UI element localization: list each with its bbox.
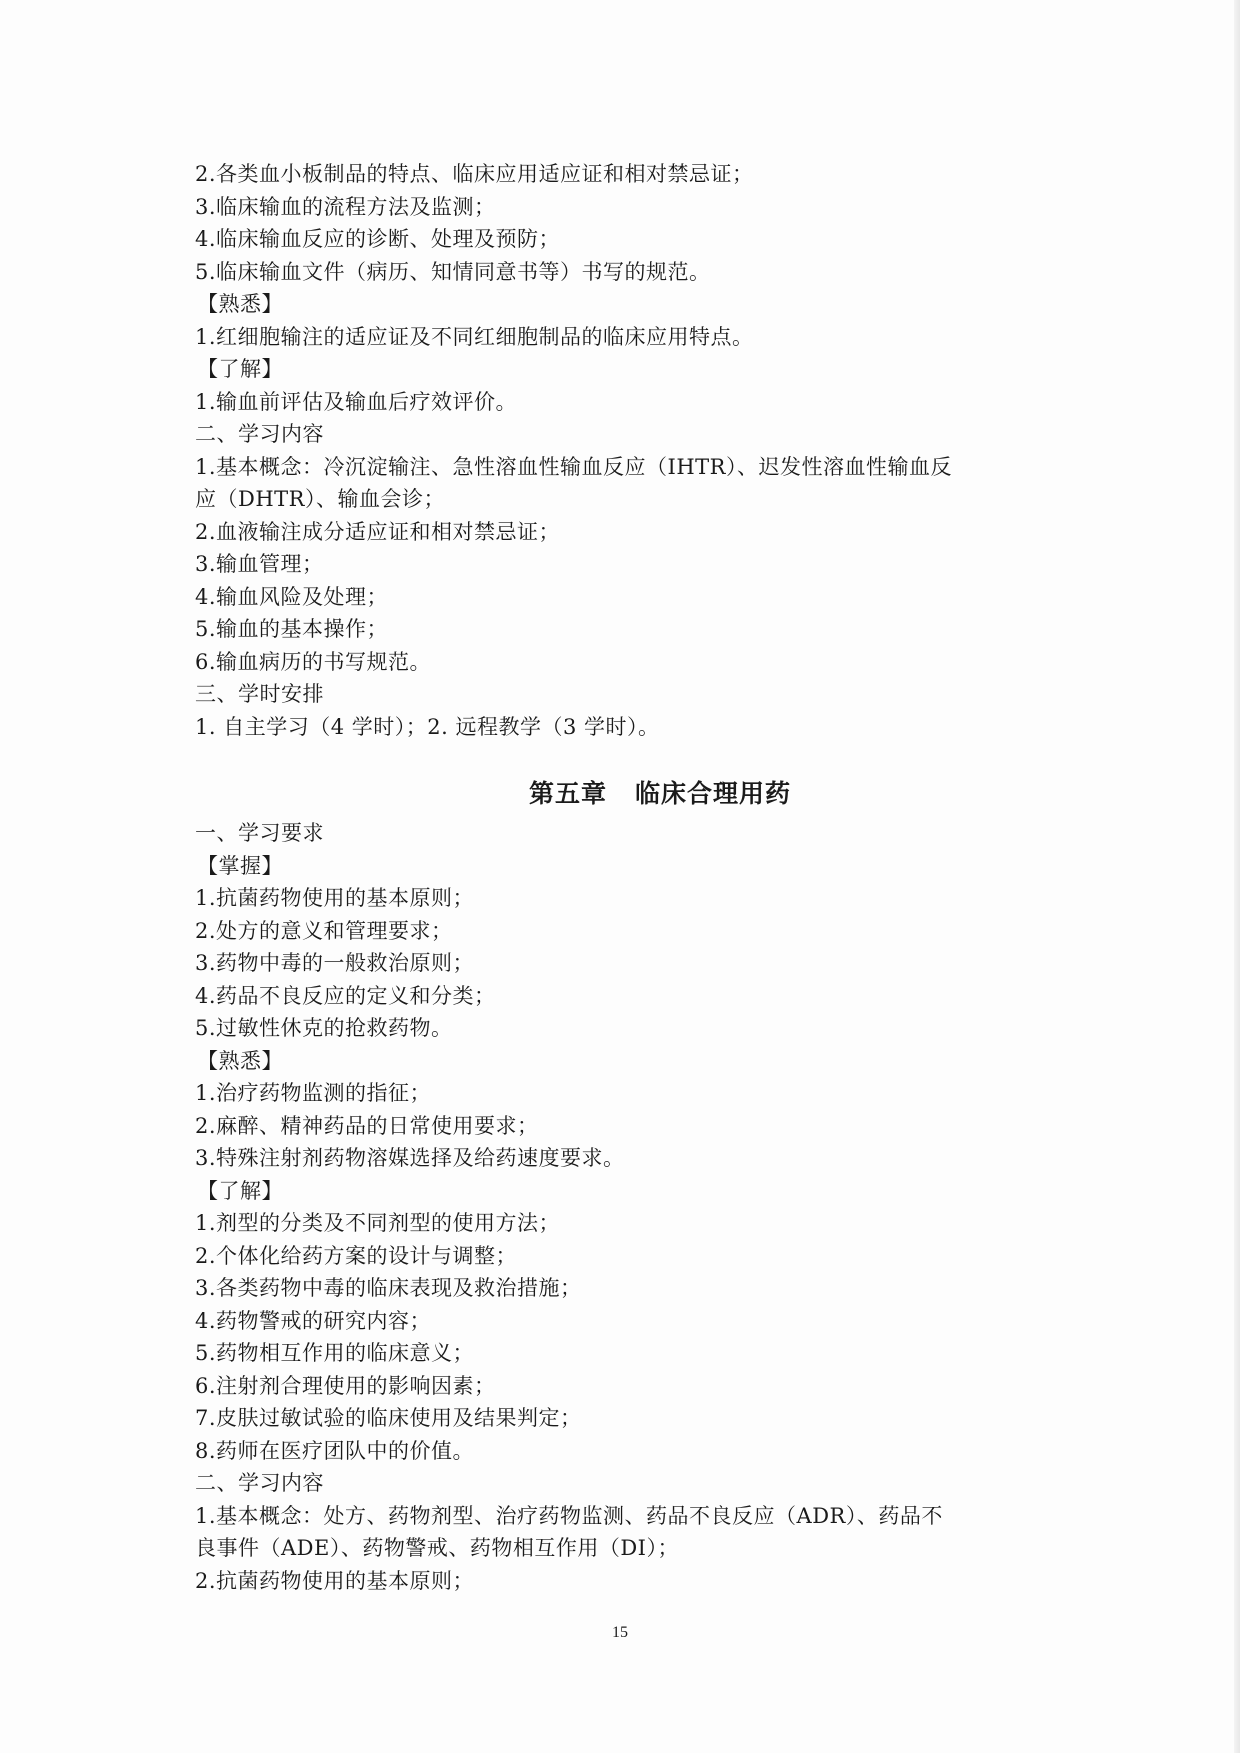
master-item: 4.药品不良反应的定义和分类； xyxy=(195,980,1055,1013)
understand-item: 6.注射剂合理使用的影响因素； xyxy=(195,1370,1055,1403)
content-item: 应（DHTR）、输血会诊； xyxy=(195,483,1055,516)
page-number: 15 xyxy=(0,1624,1240,1642)
master-item: 1.抗菌药物使用的基本原则； xyxy=(195,882,1055,915)
familiar-item: 1.治疗药物监测的指征； xyxy=(195,1077,1055,1110)
content-item: 2.血液输注成分适应证和相对禁忌证； xyxy=(195,516,1055,549)
content-item: 5.输血的基本操作； xyxy=(195,613,1055,646)
master-item: 4.临床输血反应的诊断、处理及预防； xyxy=(195,223,1055,256)
page-content: 2.各类血小板制品的特点、临床应用适应证和相对禁忌证； 3.临床输血的流程方法及… xyxy=(195,158,1055,1597)
content-item: 1.基本概念：处方、药物剂型、治疗药物监测、药品不良反应（ADR）、药品不 xyxy=(195,1500,1055,1533)
content-item: 2.抗菌药物使用的基本原则； xyxy=(195,1565,1055,1598)
understand-item: 7.皮肤过敏试验的临床使用及结果判定； xyxy=(195,1402,1055,1435)
content-item: 1.基本概念：冷沉淀输注、急性溶血性输血反应（IHTR）、迟发性溶血性输血反 xyxy=(195,451,1055,484)
content-heading: 二、学习内容 xyxy=(195,418,1055,451)
master-item: 2.处方的意义和管理要求； xyxy=(195,915,1055,948)
hours-text: 1. 自主学习（4 学时）；2. 远程教学（3 学时）。 xyxy=(195,711,1055,744)
familiar-item: 1.红细胞输注的适应证及不同红细胞制品的临床应用特点。 xyxy=(195,321,1055,354)
understand-item: 4.药物警戒的研究内容； xyxy=(195,1305,1055,1338)
chapter-number: 第五章 xyxy=(529,779,607,808)
master-item: 5.临床输血文件（病历、知情同意书等）书写的规范。 xyxy=(195,256,1055,289)
content-item: 6.输血病历的书写规范。 xyxy=(195,646,1055,679)
document-page: 2.各类血小板制品的特点、临床应用适应证和相对禁忌证； 3.临床输血的流程方法及… xyxy=(0,0,1240,1753)
content-item: 4.输血风险及处理； xyxy=(195,581,1055,614)
requirements-heading: 一、学习要求 xyxy=(195,817,1055,850)
understand-item: 1.剂型的分类及不同剂型的使用方法； xyxy=(195,1207,1055,1240)
master-item: 3.药物中毒的一般救治原则； xyxy=(195,947,1055,980)
familiar-item: 2.麻醉、精神药品的日常使用要求； xyxy=(195,1110,1055,1143)
familiar-heading: 【熟悉】 xyxy=(195,1045,1055,1078)
master-item: 2.各类血小板制品的特点、临床应用适应证和相对禁忌证； xyxy=(195,158,1055,191)
content-item: 3.输血管理； xyxy=(195,548,1055,581)
content-heading: 二、学习内容 xyxy=(195,1467,1055,1500)
master-heading: 【掌握】 xyxy=(195,850,1055,883)
hours-heading: 三、学时安排 xyxy=(195,678,1055,711)
understand-heading: 【了解】 xyxy=(195,353,1055,386)
master-item: 5.过敏性休克的抢救药物。 xyxy=(195,1012,1055,1045)
understand-item: 2.个体化给药方案的设计与调整； xyxy=(195,1240,1055,1273)
chapter-name: 临床合理用药 xyxy=(635,779,791,808)
chapter-title: 第五章临床合理用药 xyxy=(195,771,1055,817)
content-item: 良事件（ADE）、药物警戒、药物相互作用（DI）； xyxy=(195,1532,1055,1565)
familiar-item: 3.特殊注射剂药物溶媒选择及给药速度要求。 xyxy=(195,1142,1055,1175)
master-item: 3.临床输血的流程方法及监测； xyxy=(195,191,1055,224)
understand-item: 5.药物相互作用的临床意义； xyxy=(195,1337,1055,1370)
understand-item: 8.药师在医疗团队中的价值。 xyxy=(195,1435,1055,1468)
scan-edge xyxy=(1234,0,1240,1753)
understand-heading: 【了解】 xyxy=(195,1175,1055,1208)
understand-item: 3.各类药物中毒的临床表现及救治措施； xyxy=(195,1272,1055,1305)
familiar-heading: 【熟悉】 xyxy=(195,288,1055,321)
understand-item: 1.输血前评估及输血后疗效评价。 xyxy=(195,386,1055,419)
